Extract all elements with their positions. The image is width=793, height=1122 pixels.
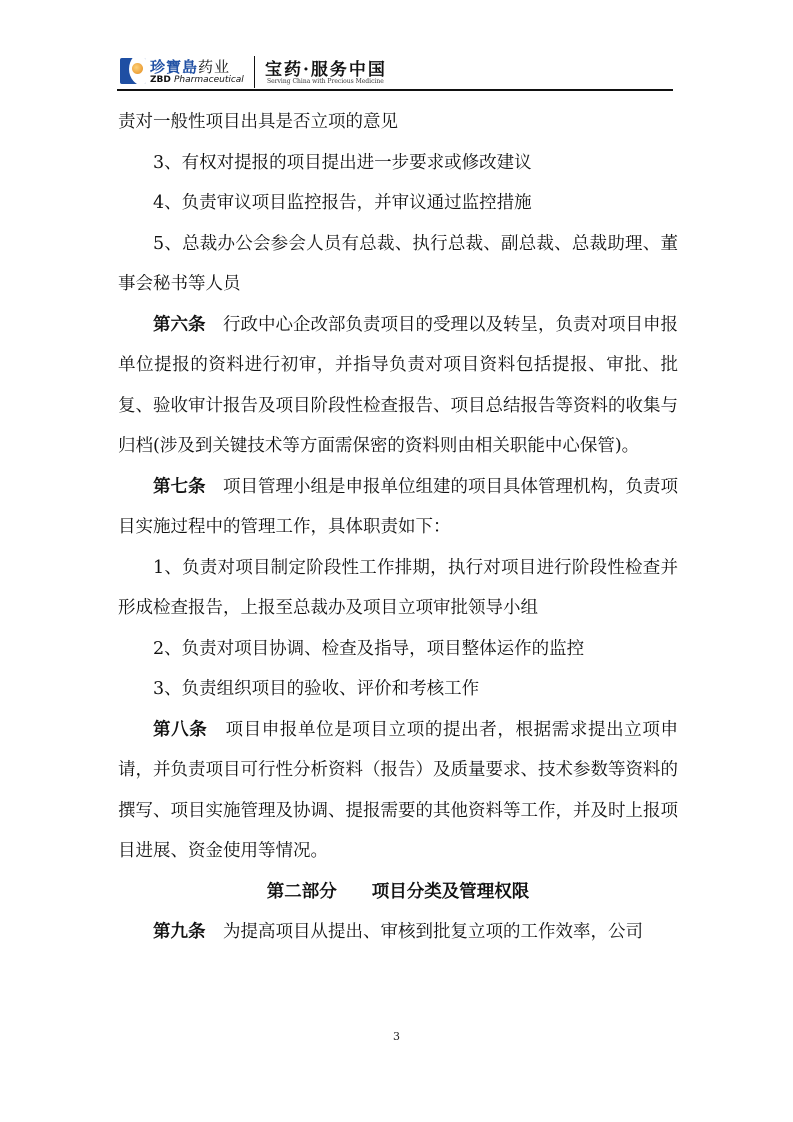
- article-label: 第六条: [153, 315, 206, 335]
- page-header: 珍寶島药业 ZBD Pharmaceutical 宝药·服务中国 Serving…: [117, 56, 673, 90]
- article-label: 第九条: [153, 922, 206, 942]
- list-item: 4、负责审议项目监控报告，并审议通过监控措施: [118, 183, 678, 224]
- article-8: 第八条项目申报单位是项目立项的提出者，根据需求提出立项申请，并负责项目可行性分析…: [118, 710, 678, 872]
- list-item: 3、负责组织项目的验收、评价和考核工作: [118, 669, 678, 710]
- brand-name-en: ZBD Pharmaceutical: [150, 75, 244, 85]
- document-body: 责对一般性项目出具是否立项的意见 3、有权对提报的项目提出进一步要求或修改建议 …: [118, 102, 678, 953]
- brand-name-cn: 珍寶島药业: [150, 56, 230, 77]
- article-label: 第八条: [153, 720, 207, 740]
- header-divider: [254, 56, 255, 88]
- article-label: 第七条: [153, 477, 206, 497]
- slogan-cn: 宝药·服务中国: [265, 55, 387, 80]
- page-number: 3: [0, 1030, 793, 1043]
- article-9: 第九条为提高项目从提出、审核到批复立项的工作效率，公司: [118, 912, 678, 953]
- list-item: 3、有权对提报的项目提出进一步要求或修改建议: [118, 143, 678, 184]
- article-6: 第六条行政中心企改部负责项目的受理以及转呈，负责对项目申报单位提报的资料进行初审…: [118, 305, 678, 467]
- list-item: 2、负责对项目协调、检查及指导，项目整体运作的监控: [118, 629, 678, 670]
- header-rule: [117, 89, 673, 91]
- paragraph: 责对一般性项目出具是否立项的意见: [118, 102, 678, 143]
- slogan-en: Serving China with Precious Medicine: [267, 78, 384, 85]
- list-item: 1、负责对项目制定阶段性工作排期，执行对项目进行阶段性检查并形成检查报告，上报至…: [118, 548, 678, 629]
- zbd-logo-icon: [120, 58, 146, 84]
- article-7: 第七条项目管理小组是申报单位组建的项目具体管理机构，负责项目实施过程中的管理工作…: [118, 467, 678, 548]
- list-item: 5、总裁办公会参会人员有总裁、执行总裁、副总裁、总裁助理、董事会秘书等人员: [118, 224, 678, 305]
- section-heading: 第二部分项目分类及管理权限: [118, 872, 678, 913]
